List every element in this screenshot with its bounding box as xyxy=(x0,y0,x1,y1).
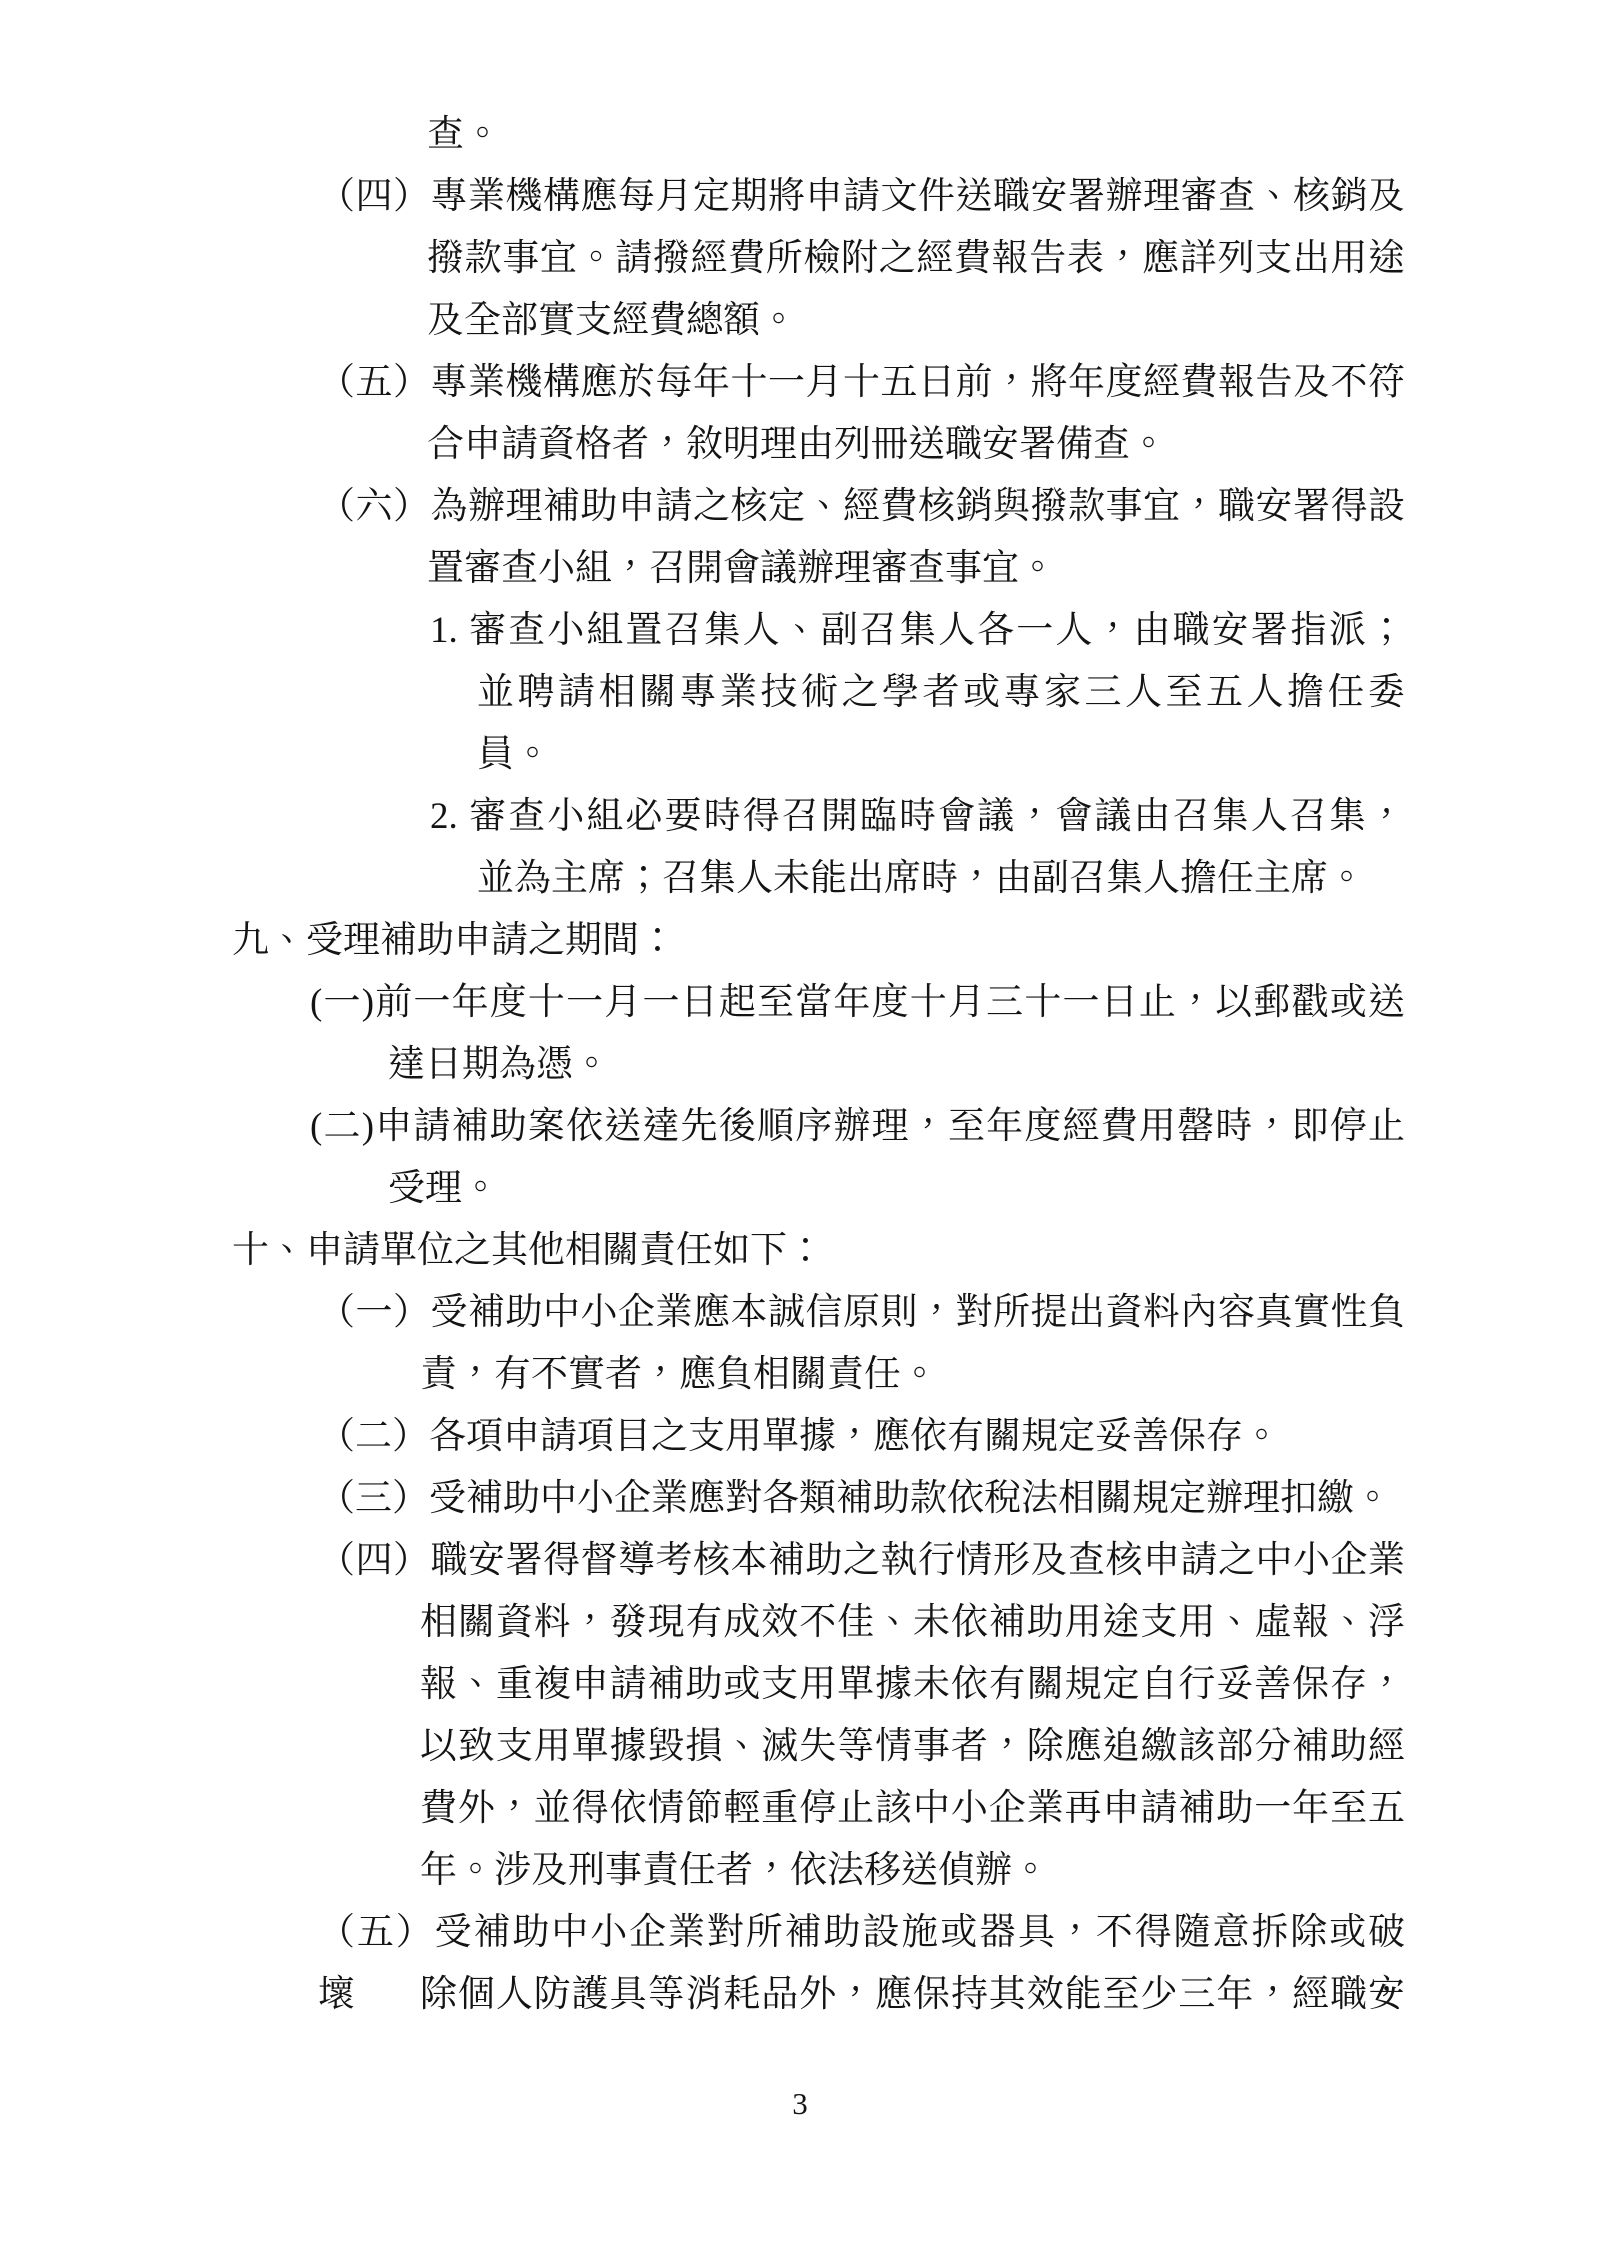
text-line: 撥款事宜。請撥經費所檢附之經費報告表，應詳列支出用途 xyxy=(427,228,1405,290)
text-line: 報、重複申請補助或支用單據未依有關規定自行妥善保存， xyxy=(420,1654,1405,1716)
text-line: 查。 xyxy=(427,104,501,166)
text-line: （五）專業機構應於每年十一月十五日前，將年度經費報告及不符 xyxy=(318,352,1405,414)
text-line: 以致支用單據毀損、滅失等情事者，除應追繳該部分補助經 xyxy=(420,1716,1405,1778)
text-line: 年。涉及刑事責任者，依法移送偵辦。 xyxy=(420,1840,1049,1902)
text-line: 九、受理補助申請之期間： xyxy=(232,910,676,972)
text-line: 合申請資格者，敘明理由列冊送職安署備查。 xyxy=(427,414,1167,476)
text-line: （六）為辦理補助申請之核定、經費核銷與撥款事宜，職安署得設 xyxy=(318,476,1405,538)
text-line: （四）專業機構應每月定期將申請文件送職安署辦理審查、核銷及 xyxy=(318,166,1405,228)
text-line: （二）各項申請項目之支用單據，應依有關規定妥善保存。 xyxy=(318,1406,1280,1468)
text-line: 除個人防護具等消耗品外，應保持其效能至少三年，經職安 xyxy=(420,1964,1405,2026)
text-line: （四）職安署得督導考核本補助之執行情形及查核申請之中小企業 xyxy=(318,1530,1405,1592)
scanned-document-page: 查。（四）專業機構應每月定期將申請文件送職安署辦理審查、核銷及撥款事宜。請撥經費… xyxy=(0,0,1600,2263)
text-line: 達日期為憑。 xyxy=(388,1034,610,1096)
text-line: （一）受補助中小企業應本誠信原則，對所提出資料內容真實性負 xyxy=(318,1282,1405,1344)
text-line: 責，有不實者，應負相關責任。 xyxy=(420,1344,938,1406)
text-line: 並為主席；召集人未能出席時，由副召集人擔任主席。 xyxy=(477,848,1365,910)
text-line: (二)申請補助案依送達先後順序辦理，至年度經費用罄時，即停止 xyxy=(310,1096,1405,1158)
text-line: （三）受補助中小企業應對各類補助款依稅法相關規定辦理扣繳。 xyxy=(318,1468,1391,1530)
text-line: 相關資料，發現有成效不佳、未依補助用途支用、虛報、浮 xyxy=(420,1592,1405,1654)
text-line: 十、申請單位之其他相關責任如下： xyxy=(232,1220,824,1282)
text-line: (一)前一年度十一月一日起至當年度十月三十一日止，以郵戳或送 xyxy=(310,972,1405,1034)
text-line: 2. 審查小組必要時得召開臨時會議，會議由召集人召集， xyxy=(430,786,1405,848)
text-line: 及全部實支經費總額。 xyxy=(427,290,797,352)
text-line: 受理。 xyxy=(388,1158,499,1220)
text-line: （五）受補助中小企業對所補助設施或器具，不得隨意拆除或破壞， xyxy=(318,1902,1405,1964)
page-number: 3 xyxy=(0,2082,1600,2126)
text-line: 費外，並得依情節輕重停止該中小企業再申請補助一年至五 xyxy=(420,1778,1405,1840)
text-line: 1. 審查小組置召集人、副召集人各一人，由職安署指派； xyxy=(430,600,1405,662)
text-line: 並聘請相關專業技術之學者或專家三人至五人擔任委 xyxy=(477,662,1405,724)
text-line: 置審查小組，召開會議辦理審查事宜。 xyxy=(427,538,1056,600)
text-line: 員。 xyxy=(477,724,551,786)
